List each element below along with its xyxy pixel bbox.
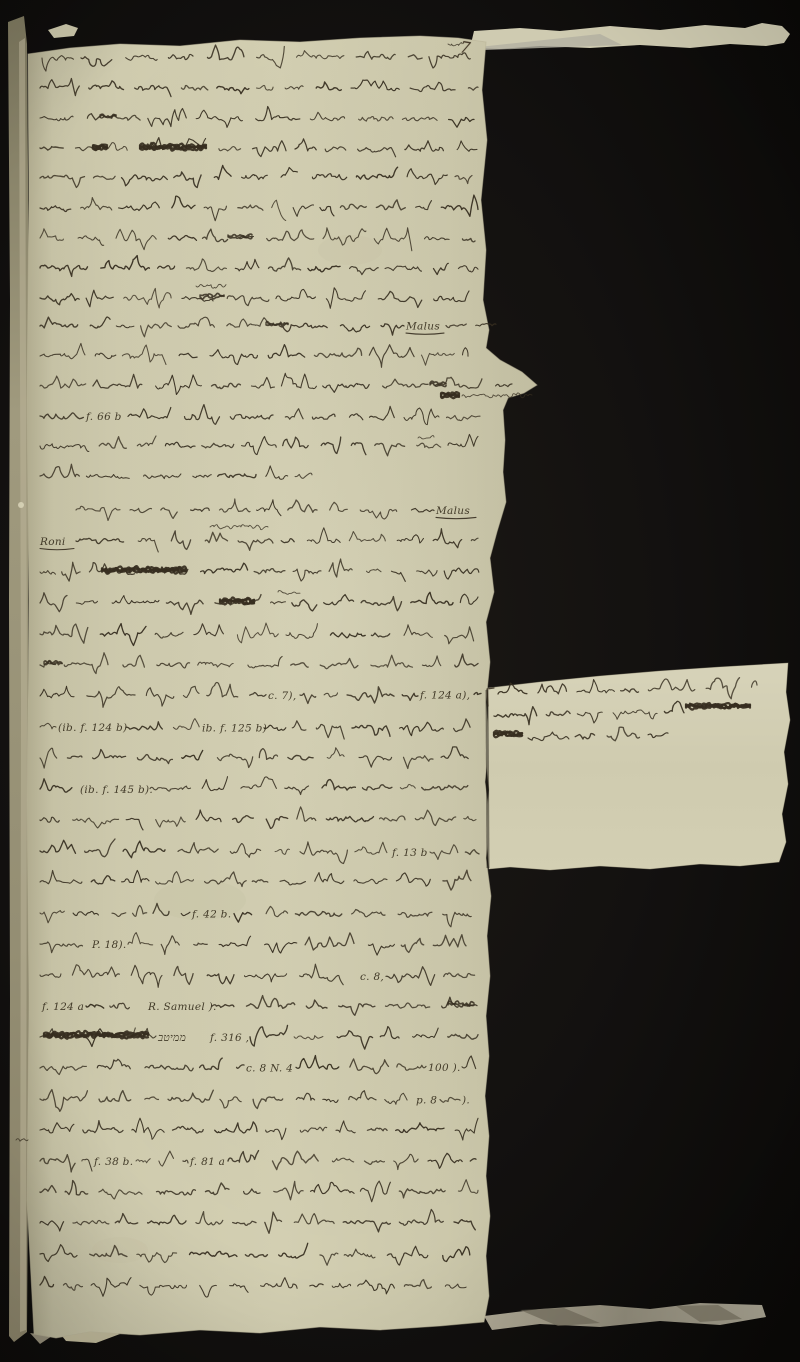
note-slip (485, 663, 790, 870)
scan-canvas: Malusf. 66 bMalusRonic. 7),f. 124 a),(ib… (0, 0, 800, 1362)
legible-fragment: c. 7), (268, 690, 296, 702)
legible-fragment: P. 18). (91, 939, 127, 951)
legible-fragment: f. 66 b (85, 411, 122, 423)
legible-fragment: f. 42 b. (191, 909, 231, 921)
legible-fragment: Malus (435, 505, 470, 517)
legible-fragment: p. 8 (416, 1095, 437, 1107)
legible-fragment: f. 124 a (41, 1001, 84, 1013)
legible-fragment: ממיטב (157, 1032, 186, 1044)
slip-left-seam-shadow (487, 690, 488, 868)
legible-fragment: c. 8, (360, 971, 384, 983)
legible-fragment: Malus (405, 321, 440, 333)
legible-fragment: (ib. f. 124 b) (58, 722, 127, 734)
legible-fragment: 100 ). (428, 1062, 461, 1074)
legible-fragment: Roni (39, 536, 66, 548)
paper-stain (18, 502, 24, 508)
legible-fragment: f. 13 b (391, 847, 428, 859)
legible-fragment: R. Samuel ). (147, 1001, 217, 1013)
legible-fragment: ). (461, 1095, 470, 1107)
legible-fragment: ib. f. 125 b) (202, 723, 267, 735)
legible-fragment: f. 38 b. (93, 1156, 133, 1168)
legible-fragment: f. 316 , (209, 1032, 249, 1044)
legible-fragment: f. 81 a (189, 1156, 225, 1168)
legible-fragment: f. 124 a), (419, 690, 470, 702)
manuscript-scan: Malusf. 66 bMalusRonic. 7),f. 124 a),(ib… (0, 0, 800, 1362)
legible-fragment: (ib. f. 145 b). (80, 784, 153, 796)
legible-fragment: c. 8 N. 4 (246, 1062, 293, 1074)
